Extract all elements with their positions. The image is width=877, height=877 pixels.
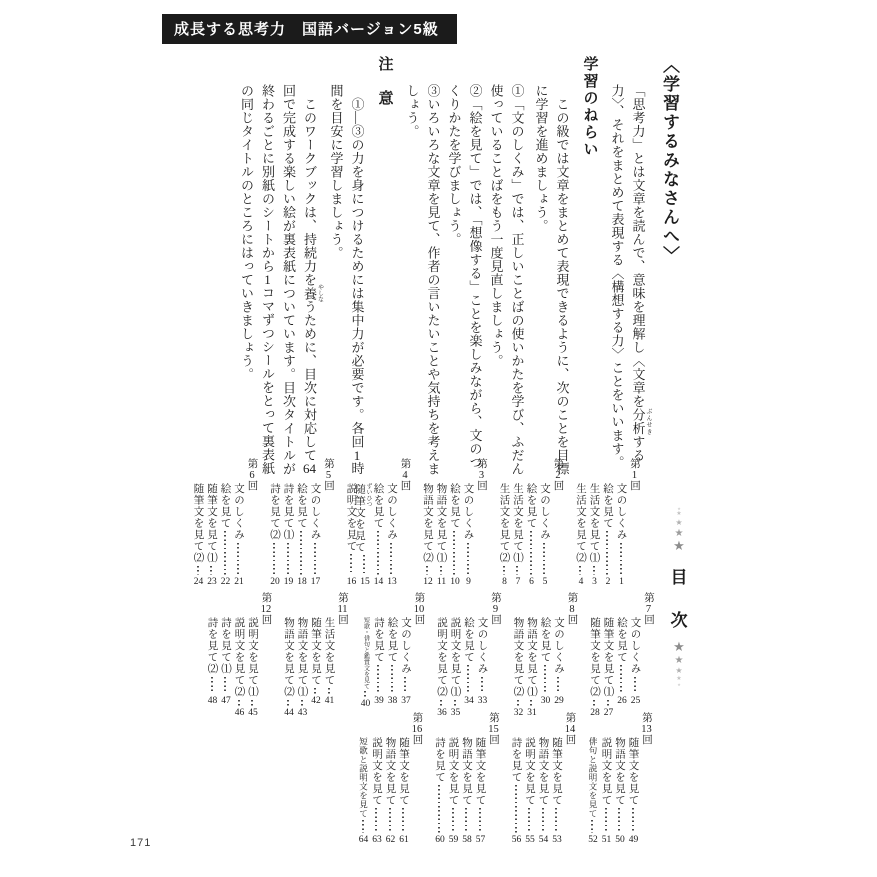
toc-leader-dots: [350, 554, 352, 575]
toc-page-number: 2: [601, 577, 615, 587]
toc-entry-title: 随筆文を見て: [473, 737, 487, 806]
toc-entry-title: 文のしくみ: [232, 483, 246, 541]
toc-entry-title: 絵を見て: [385, 617, 399, 663]
toc-leader-dots: [402, 808, 404, 833]
text-line: ①「文のしくみ」では、正しいことばの使いかたを学び、ふだん: [507, 84, 528, 448]
toc-leader-dots: [237, 543, 239, 575]
star-decoration-bottom: ★★★★★: [673, 640, 685, 687]
star-icon: ★: [675, 518, 682, 527]
toc-leader-dots: [453, 531, 455, 575]
toc-entry: 物語文を見て62: [383, 712, 397, 844]
toc-entry: 説明文を見て⑵36: [435, 592, 449, 705]
toc-entry-title: 物語文を見て⑵: [421, 483, 435, 564]
toc-entry: 随筆文を見て49: [626, 712, 640, 844]
toc-page-number: 34: [462, 696, 476, 706]
toc-entry-title: 文のしくみ: [461, 483, 475, 541]
toc-page-number: 62: [383, 835, 397, 845]
toc-entry-title: 絵を見て: [295, 483, 309, 529]
toc-page-number: 17: [308, 577, 322, 587]
toc-entry-title: 説明文を見て: [446, 737, 460, 806]
toc-entry-title: 絵を見て: [448, 483, 462, 529]
text-line: くりかたを学びましょう。: [444, 84, 465, 448]
toc-entry-title: 文のしくみ: [385, 483, 399, 541]
toc-leader-dots: [530, 531, 532, 575]
toc-entry-title: 説明文を見て⑴: [448, 617, 462, 698]
toc-entry: 詩を見て60: [433, 712, 447, 844]
toc-leader-dots: [426, 566, 428, 575]
toc-page-number: 47: [219, 696, 233, 706]
toc-entry-title: 説明文を見て: [599, 737, 613, 806]
toc-leader-dots: [555, 808, 557, 833]
toc-leader-dots: [287, 543, 289, 575]
toc-entry: 随筆文を見て42: [309, 592, 323, 705]
toc-leader-dots: [579, 566, 581, 575]
toc-leader-dots: [542, 808, 544, 833]
toc-leader-dots: [481, 677, 483, 694]
star-icon: ★: [676, 511, 681, 518]
toc-entry: 文のしくみ9: [461, 458, 475, 586]
text-line: に学習を進めましょう。: [531, 84, 552, 448]
toc-section-header: 第13回: [640, 712, 654, 844]
toc-leader-dots: [197, 566, 199, 575]
toc-page-number: 44: [282, 708, 296, 718]
toc-entry-title: 随筆文を見て⑵: [191, 483, 205, 564]
toc-entry: 随筆文を見て53: [550, 712, 564, 844]
toc-section: 第13回随筆文を見て49物語文を見て50説明文を見て51俳句と説明文を見て52: [586, 712, 654, 844]
toc-entry-title: 随筆文を見て: [550, 737, 564, 806]
toc-page-number: 11: [434, 577, 448, 587]
toc-band-sessions-7-12: 第7回文のしくみ25絵を見て26随筆文を見て⑴27随筆文を見て⑵28第8回文のし…: [196, 592, 655, 705]
toc-entry-title: 物語文を見て: [460, 737, 474, 806]
book-page: 成長する思考力 国語バージョン5級 〈学習するみなさんへ〉 「思考力」とは文章を…: [0, 0, 877, 877]
toc-leader-dots: [314, 543, 316, 575]
toc-page-number: 9: [461, 577, 475, 587]
toc-section-header: 第6回: [245, 458, 259, 586]
toc-leader-dots: [375, 808, 377, 833]
toc-leader-dots: [620, 665, 622, 694]
toc-entry: 生活文を見て41: [322, 592, 336, 705]
toc-leader-dots: [557, 677, 559, 694]
toc-entry: 短歌と説明文を見て64: [356, 712, 370, 844]
toc-leader-dots: [454, 700, 456, 706]
section-heading-learning-aims: 学習のねらい: [578, 56, 602, 448]
toc-leader-dots: [479, 808, 481, 833]
toc-leader-dots: [440, 566, 442, 575]
toc-page-number: 14: [371, 577, 385, 587]
toc-entry: 文のしくみ13: [385, 458, 399, 586]
star-icon: ★: [673, 539, 685, 554]
toc-section-header: 第5回: [322, 458, 336, 586]
toc-page-number: 53: [550, 835, 564, 845]
toc-section: 第6回文のしくみ21絵を見て22随筆文を見て⑴23随筆文を見て⑵24: [191, 458, 259, 586]
toc-entry-title: 詩を見て: [372, 617, 386, 663]
toc-entry-title: 絵を見て: [615, 617, 629, 663]
toc-entry: 説明文を見て⑴35: [448, 592, 462, 705]
toc-entry: 説明文を見て51: [599, 712, 613, 844]
book-title-banner: 成長する思考力 国語バージョン5級: [162, 14, 457, 44]
toc-entry-title: 詩を見て⑵: [205, 617, 219, 675]
toc-entry-title: 物語文を見て⑴: [525, 617, 539, 698]
paragraph-thinking-power: 「思考力」とは文章を読んで、意味を理解し〈文章を分析ぶんせきする力〉、それをまと…: [607, 56, 652, 448]
toc-page-number: 43: [295, 708, 309, 718]
toc-entry-title: 絵を見て: [524, 483, 538, 529]
toc-entry-title: 詩を見て: [509, 737, 523, 783]
toc-leader-dots: [438, 785, 440, 833]
star-decoration-top: ★★★★★: [673, 507, 685, 554]
toc-section-header: 第16回: [410, 712, 424, 844]
toc-entry-title: 物語文を見て: [536, 737, 550, 806]
list-learning-goals: ①「文のしくみ」では、正しいことばの使いかたを学び、ふだん使っていることばをもう…: [402, 56, 528, 448]
toc-entry: 俳句と説明文を見て52: [586, 712, 600, 844]
toc-leader-dots: [224, 531, 226, 575]
toc-leader-dots: [530, 700, 532, 706]
toc-page-number: 48: [205, 696, 219, 706]
toc-entry: 絵を見て14: [371, 458, 385, 586]
toc-entry: 絵を見て34: [462, 592, 476, 705]
toc-entry-title: 説明文を見て⑵: [232, 617, 246, 698]
toc-section: 第3回文のしくみ9絵を見て10物語文を見て⑴11物語文を見て⑵12: [421, 458, 489, 586]
toc-section: 第16回随筆文を見て61物語文を見て62説明文を見て63短歌と説明文を見て64: [356, 712, 424, 844]
toc-entry-title: 随筆文を見て⑴: [601, 617, 615, 698]
toc-section-header: 第3回: [475, 458, 489, 586]
text-line: 力〉、それをまとめて表現する〈構想する力〉ことをいいます。: [607, 84, 628, 448]
text-line: このワークブックは、持続力を養やしなうために、目次に対応して64: [299, 84, 323, 448]
toc-page-number: 6: [524, 577, 538, 587]
toc-page-number: 55: [523, 835, 537, 845]
text-line: 使っていることばをもう一度見直しましょう。: [486, 84, 507, 448]
toc-entry-title: 物語文を見て⑵: [282, 617, 296, 698]
toc-leader-dots: [544, 665, 546, 694]
toc-page-number: 7: [511, 577, 525, 587]
toc-section-header: 第7回: [642, 592, 656, 705]
toc-leader-dots: [620, 543, 622, 575]
toc-entry: 物語文を見て⑵12: [421, 458, 435, 586]
toc-entry: 絵を見て6: [524, 458, 538, 586]
toc-entry: 文のしくみ5: [538, 458, 552, 586]
toc-section: 第1回文のしくみ1絵を見て2生活文を見て⑴3生活文を見て⑵4: [574, 458, 642, 586]
toc-entry-title: 絵を見て: [462, 617, 476, 663]
toc-entry: 随筆文を見て⑵28: [588, 592, 602, 705]
toc-leader-dots: [593, 566, 595, 575]
toc-page-number: 41: [322, 696, 336, 706]
toc-entry: 文のしくみ1: [614, 458, 628, 586]
toc-page-number: 63: [370, 835, 384, 845]
toc-entry-title: 文のしくみ: [538, 483, 552, 541]
toc-entry-title: 文のしくみ: [614, 483, 628, 541]
toc-section: 第9回文のしくみ33絵を見て34説明文を見て⑴35説明文を見て⑵36: [435, 592, 503, 705]
toc-page-number: 10: [448, 577, 462, 587]
toc-leader-dots: [452, 808, 454, 833]
toc-leader-dots: [517, 700, 519, 706]
toc-entry: 説明文を見て59: [446, 712, 460, 844]
paragraph-aims: この級では文章をまとめて表現できるように、次のことを目標に学習を進めましょう。: [531, 56, 573, 448]
toc-page-number: 64: [356, 835, 370, 845]
toc-section-header: 第1回: [628, 458, 642, 586]
toc-entry-title: 絵を見て: [371, 483, 385, 529]
toc-entry-title: 説明文を見て⑴: [246, 617, 260, 698]
toc-section: 第14回随筆文を見て53物語文を見て54説明文を見て55詩を見て56: [509, 712, 577, 844]
toc-section-header: 第2回: [551, 458, 565, 586]
toc-title-char-2: 次: [671, 606, 688, 631]
toc-section: 第15回随筆文を見て57物語文を見て58説明文を見て59詩を見て60: [433, 712, 501, 844]
toc-entry: 詩を見て56: [509, 712, 523, 844]
toc-leader-dots: [224, 677, 226, 694]
toc-section-header: 第11回: [336, 592, 350, 705]
toc-leader-dots: [377, 531, 379, 575]
toc-page-number: 29: [552, 696, 566, 706]
toc-section-header: 第12回: [259, 592, 273, 705]
toc-section: 第12回説明文を見て⑴45説明文を見て⑵46詩を見て⑴47詩を見て⑵48: [205, 592, 273, 705]
toc-entry: 文のしくみ17: [308, 458, 322, 586]
toc-leader-dots: [390, 543, 392, 575]
toc-entry-title: 随筆文を見て⑴: [205, 483, 219, 564]
text-line: の同じタイトルのところにはっていきましょう。: [236, 84, 257, 448]
toc-entry: 随筆文を見て⑵24: [191, 458, 205, 586]
toc-page-number: 30: [538, 696, 552, 706]
toc-page-number: 21: [232, 577, 246, 587]
toc-leader-dots: [503, 566, 505, 575]
toc-page-number: 15: [358, 577, 372, 587]
toc-entry-title: 物語文を見て: [383, 737, 397, 806]
toc-page-number: 5: [538, 577, 552, 587]
toc-page-number: 4: [574, 577, 588, 587]
toc-page-number: 19: [281, 577, 295, 587]
toc-page-number: 16: [344, 577, 358, 587]
intro-text-block: 〈学習するみなさんへ〉 「思考力」とは文章を読んで、意味を理解し〈文章を分析ぶん…: [233, 56, 688, 448]
star-icon: ★: [677, 683, 681, 688]
text-line: 終わるごとに別紙のシートから1コマずつシールをとって裏表紙: [257, 84, 278, 448]
toc-page-number: 57: [473, 835, 487, 845]
toc-leader-dots: [607, 700, 609, 706]
paragraph-note: ①―③の力を身につけるためには集中力が必要です。各回1時間を目安に学習しましょう…: [326, 56, 368, 448]
toc-leader-dots: [465, 808, 467, 833]
text-line: 回で完成する楽しい絵が裏表紙についています。目次タイトルが: [278, 84, 299, 448]
toc-entry-title: 説明文を見て: [370, 737, 384, 806]
toc-page-number: 58: [460, 835, 474, 845]
text-line: 「思考力」とは文章を読んで、意味を理解し〈文章を分析ぶんせきする: [628, 84, 652, 448]
toc-page-number: 52: [586, 835, 600, 845]
toc-entry: 詩を見て⑴19: [281, 458, 295, 586]
toc-entry: 説明文を見て55: [523, 712, 537, 844]
toc-leader-dots: [591, 820, 593, 833]
toc-leader-dots: [300, 531, 302, 575]
toc-entry: 随筆文を見て⑴23: [205, 458, 219, 586]
toc-entry: 物語文を見て⑴31: [525, 592, 539, 705]
toc-section: 第5回文のしくみ17絵を見て18詩を見て⑴19詩を見て⑵20: [268, 458, 336, 586]
toc-entry-title: 説明文を見て: [523, 737, 537, 806]
toc-entry: 生活文を見て⑴7: [511, 458, 525, 586]
toc-section-header: 第4回: [398, 458, 412, 586]
toc-section-header: 第10回: [412, 592, 426, 705]
toc-entry: 随筆文を見て⑴27: [601, 592, 615, 705]
text-line: しょう。: [402, 84, 423, 448]
toc-title-column: ★★★★★ 目 次 ★★★★★: [666, 468, 692, 726]
toc-page-number: 3: [587, 577, 601, 587]
toc-entry-title: 絵を見て: [218, 483, 232, 529]
toc-section: 第10回文のしくみ37絵を見て38詩を見て39短歌・俳句と鑑賞文を見て40: [358, 592, 426, 705]
toc-entry-title: 物語文を見て⑵: [511, 617, 525, 698]
toc-section: 第4回文のしくみ13絵を見て14随筆ずいひつ文を見て15説明文を見て16: [344, 458, 412, 586]
toc-entry-title: 随筆文を見て: [309, 617, 323, 686]
toc-entry-title: 文のしくみ: [475, 617, 489, 675]
toc-page-number: 59: [446, 835, 460, 845]
toc-page-number: 38: [385, 696, 399, 706]
toc-leader-dots: [391, 665, 393, 694]
toc-page-number: 24: [191, 577, 205, 587]
toc-entry: 短歌・俳句と鑑賞文を見て40: [358, 592, 372, 705]
toc-section-header: 第14回: [563, 712, 577, 844]
toc-section-header: 第8回: [565, 592, 579, 705]
toc-entry: 文のしくみ29: [552, 592, 566, 705]
toc-section: 第2回文のしくみ5絵を見て6生活文を見て⑴7生活文を見て⑵8: [497, 458, 565, 586]
toc-leader-dots: [301, 700, 303, 706]
toc-entry: 文のしくみ25: [628, 592, 642, 705]
toc-entry: 随筆文を見て61: [397, 712, 411, 844]
toc-entry: 生活文を見て⑴3: [587, 458, 601, 586]
toc-leader-dots: [634, 677, 636, 694]
toc-entry: 物語文を見て⑵44: [282, 592, 296, 705]
toc-entry-title: 随筆文を見て: [397, 737, 411, 806]
toc-entry-title: 絵を見て: [601, 483, 615, 529]
toc-leader-dots: [632, 808, 634, 833]
toc-entry-title: 生活文を見て⑵: [497, 483, 511, 564]
toc-entry-title: 短歌・俳句と鑑賞文を見て: [358, 617, 372, 689]
toc-entry-title: 短歌と説明文を見て: [356, 737, 370, 818]
toc-entry: 詩を見て39: [372, 592, 386, 705]
toc-page-number: 20: [268, 577, 282, 587]
toc-leader-dots: [238, 700, 240, 706]
toc-page-number: 39: [372, 696, 386, 706]
toc-leader-dots: [210, 566, 212, 575]
toc-leader-dots: [363, 555, 365, 575]
toc-entry: 説明文を見て63: [370, 712, 384, 844]
toc-section: 第11回生活文を見て41随筆文を見て42物語文を見て⑴43物語文を見て⑵44: [282, 592, 350, 705]
toc-band-sessions-13-16: 第13回随筆文を見て49物語文を見て50説明文を見て51俳句と説明文を見て52第…: [347, 712, 653, 844]
toc-leader-dots: [528, 808, 530, 833]
toc-leader-dots: [211, 677, 213, 694]
toc-entry: 説明文を見て⑵46: [232, 592, 246, 705]
star-icon: ★: [673, 640, 685, 655]
toc-entry: 物語文を見て⑴11: [434, 458, 448, 586]
toc-leader-dots: [593, 700, 595, 706]
toc-page-number: 42: [309, 696, 323, 706]
toc-leader-dots: [606, 531, 608, 575]
toc-entry-title: 文のしくみ: [552, 617, 566, 675]
toc-leader-dots: [377, 665, 379, 694]
toc-leader-dots: [273, 543, 275, 575]
toc-entry-title: 詩を見て⑴: [281, 483, 295, 541]
toc-leader-dots: [515, 785, 517, 833]
toc-page-number: 8: [497, 577, 511, 587]
toc-leader-dots: [314, 688, 316, 694]
toc-entry: 絵を見て18: [295, 458, 309, 586]
toc-entry: 絵を見て38: [385, 592, 399, 705]
toc-page-number: 12: [421, 577, 435, 587]
toc-page-number: 45: [246, 708, 260, 718]
paragraph-workbook-seals: このワークブックは、持続力を養やしなうために、目次に対応して64回で完成する楽し…: [236, 56, 323, 448]
toc-page-number: 50: [613, 835, 627, 845]
toc-entry: 物語文を見て⑵32: [511, 592, 525, 705]
star-icon: ★: [675, 666, 682, 675]
toc-entry: 絵を見て30: [538, 592, 552, 705]
toc-page-number: 33: [475, 696, 489, 706]
toc-leader-dots: [543, 543, 545, 575]
toc-page-number: 37: [399, 696, 413, 706]
toc-section-header: 第15回: [487, 712, 501, 844]
text-line: この級では文章をまとめて表現できるように、次のことを目標: [552, 84, 573, 448]
toc-entry: 絵を見て10: [448, 458, 462, 586]
toc-entry-title: 生活文を見て⑵: [574, 483, 588, 564]
toc-entry: 絵を見て22: [218, 458, 232, 586]
toc-entry: 詩を見て⑵20: [268, 458, 282, 586]
toc-band-sessions-1-6: 第1回文のしくみ1絵を見て2生活文を見て⑴3生活文を見て⑵4第2回文のしくみ5絵…: [182, 458, 641, 586]
toc-entry: 説明文を見て⑴45: [246, 592, 260, 705]
toc-leader-dots: [467, 543, 469, 575]
star-icon: ★: [675, 655, 684, 667]
toc-page-number: 51: [599, 835, 613, 845]
toc-page-number: 22: [218, 577, 232, 587]
text-line: ③いろいろな文章を見て、作者の言いたいことや気持ちを考えま: [423, 84, 444, 448]
toc-leader-dots: [440, 700, 442, 706]
toc-leader-dots: [618, 808, 620, 833]
heading-text: 注 意: [377, 56, 393, 107]
text-line: ②「絵を見て」では、「想像する」ことを楽しみながら、文のつ: [465, 84, 486, 448]
toc-entry: 随筆文を見て57: [473, 712, 487, 844]
toc-entry: 文のしくみ37: [399, 592, 413, 705]
toc-entry-title: 生活文を見て⑴: [587, 483, 601, 564]
toc-entry: 随筆ずいひつ文を見て15: [358, 458, 372, 586]
toc-leader-dots: [287, 700, 289, 706]
toc-entry-title: 説明文を見て⑵: [435, 617, 449, 698]
heading-text: 〈学習するみなさんへ〉: [660, 56, 679, 265]
toc-entry-title: 随筆文を見て: [626, 737, 640, 806]
toc-entry-title: 生活文を見て⑴: [511, 483, 525, 564]
toc-entry: 文のしくみ21: [232, 458, 246, 586]
toc-page-number: 40: [358, 699, 372, 709]
toc-entry-title: 絵を見て: [538, 617, 552, 663]
toc-page-number: 23: [205, 577, 219, 587]
toc-entry-title: 随筆文を見て⑵: [588, 617, 602, 698]
toc-entry: 詩を見て⑴47: [219, 592, 233, 705]
section-heading-note: 注 意: [373, 56, 397, 448]
section-heading-to-learners: 〈学習するみなさんへ〉: [656, 56, 683, 448]
toc-page-number: 25: [628, 696, 642, 706]
toc-entry-title: 詩を見て: [433, 737, 447, 783]
toc-entry-title: 随筆ずいひつ文を見て: [358, 483, 372, 553]
toc-leader-dots: [389, 808, 391, 833]
toc-entry-title: 文のしくみ: [308, 483, 322, 541]
toc-entry: 絵を見て2: [601, 458, 615, 586]
toc-entry-title: 詩を見て⑴: [219, 617, 233, 675]
toc-page-number: 1: [614, 577, 628, 587]
heading-text: 学習のねらい: [582, 56, 598, 158]
toc-leader-dots: [328, 688, 330, 694]
page-number: 171: [130, 837, 151, 849]
toc-entry: 生活文を見て⑵4: [574, 458, 588, 586]
toc-leader-dots: [362, 820, 364, 833]
toc-entry: 物語文を見て⑴43: [295, 592, 309, 705]
toc-page-number: 60: [433, 835, 447, 845]
toc-entry: 生活文を見て⑵8: [497, 458, 511, 586]
toc-entry: 物語文を見て58: [460, 712, 474, 844]
toc-section: 第8回文のしくみ29絵を見て30物語文を見て⑴31物語文を見て⑵32: [511, 592, 579, 705]
toc-page-number: 13: [385, 577, 399, 587]
text-line: 間を目安に学習しましょう。: [326, 84, 347, 448]
toc-title-char-1: 目: [671, 563, 688, 588]
toc-entry-title: 物語文を見て: [613, 737, 627, 806]
toc-page-number: 26: [615, 696, 629, 706]
toc-leader-dots: [605, 808, 607, 833]
